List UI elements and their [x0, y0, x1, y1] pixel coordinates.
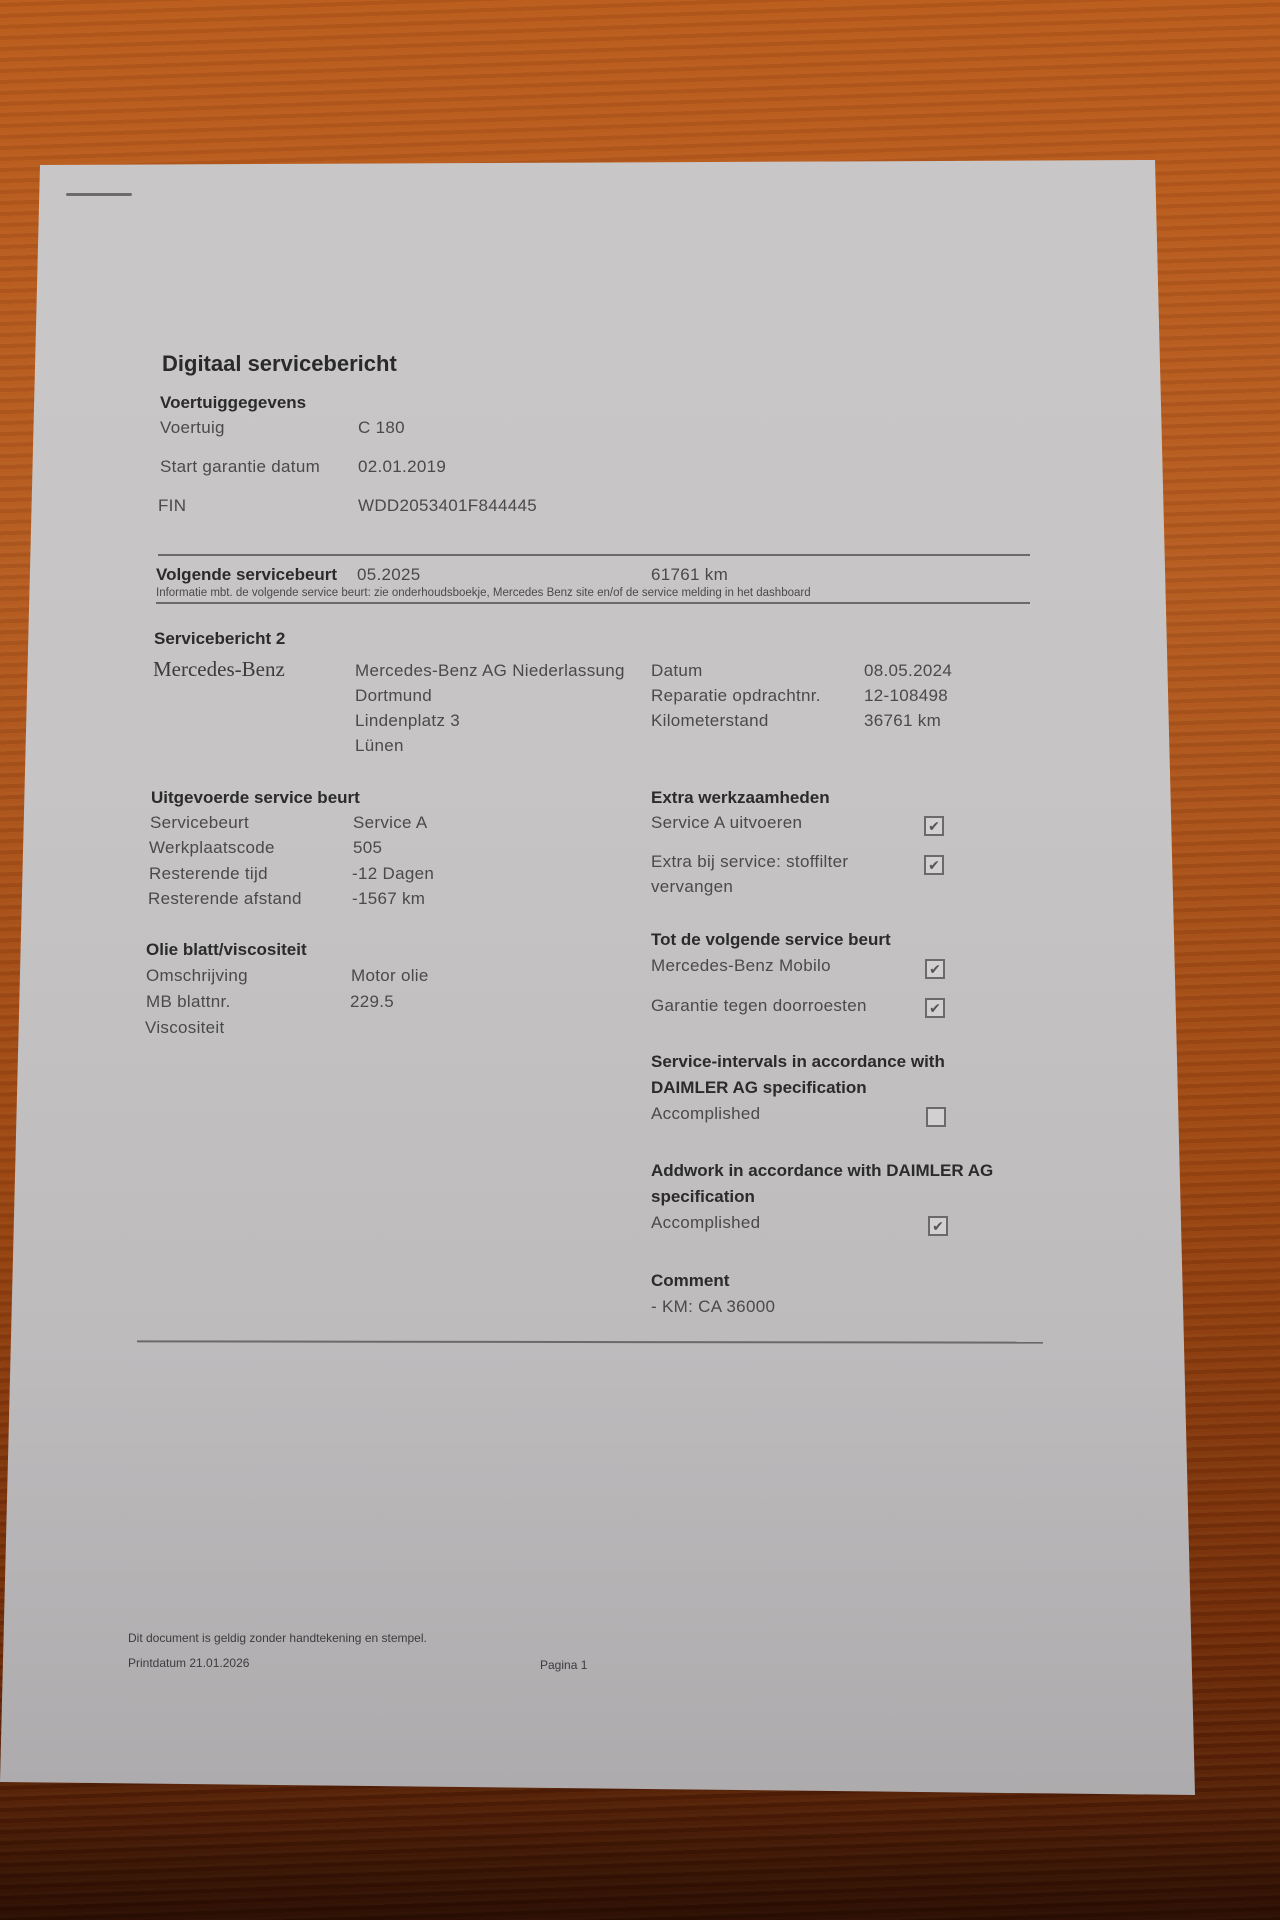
vehicle-label: Voertuig	[160, 418, 225, 438]
vehicle-value: C 180	[358, 418, 405, 438]
rust-warranty-label: Garantie tegen doorroesten	[651, 996, 867, 1016]
table-shadow	[0, 1800, 1280, 1920]
warranty-start-label: Start garantie datum	[160, 457, 320, 477]
mileage-label: Kilometerstand	[651, 711, 769, 731]
staple-mark	[66, 193, 132, 196]
dealer-line: Dortmund	[355, 686, 432, 706]
performed-heading: Uitgevoerde service beurt	[151, 788, 360, 808]
report-heading: Servicebericht 2	[154, 629, 285, 649]
extra-work-item-label-cont: vervangen	[651, 877, 733, 897]
remaining-distance-label: Resterende afstand	[148, 889, 302, 909]
print-date: Printdatum 21.01.2026	[128, 1656, 249, 1670]
service-type-value: Service A	[353, 813, 428, 833]
dealer-line: Lindenplatz 3	[355, 711, 460, 731]
dealer-line: Mercedes-Benz AG Niederlassung	[355, 661, 625, 681]
addwork-accomplished-label: Accomplished	[651, 1213, 760, 1233]
checkbox-dust-filter[interactable]: ✔	[924, 855, 944, 875]
service-type-label: Servicebeurt	[150, 813, 249, 833]
viscosity-label: Viscositeit	[145, 1018, 225, 1038]
next-service-label: Volgende servicebeurt	[156, 565, 337, 585]
intervals-heading-cont: DAIMLER AG specification	[651, 1078, 867, 1098]
addwork-heading-cont: specification	[651, 1187, 755, 1207]
checkbox-service-a[interactable]: ✔	[924, 816, 944, 836]
remaining-time-label: Resterende tijd	[149, 864, 268, 884]
date-value: 08.05.2024	[864, 661, 952, 681]
fin-label: FIN	[158, 496, 186, 516]
checkbox-rust-warranty[interactable]: ✔	[925, 998, 945, 1018]
mobilo-label: Mercedes-Benz Mobilo	[651, 956, 831, 976]
divider-top	[158, 554, 1030, 556]
page-number: Pagina 1	[540, 1658, 587, 1672]
brand-logo-text: Mercedes-Benz	[153, 657, 285, 682]
next-service-km: 61761 km	[651, 565, 728, 585]
dealer-line: Lünen	[355, 736, 404, 756]
page-title: Digitaal servicebericht	[162, 351, 397, 377]
extra-work-item-label: Service A uitvoeren	[651, 813, 802, 833]
document-content: Digitaal servicebericht Voertuiggegevens…	[0, 0, 1280, 1920]
mb-sheet-value: 229.5	[350, 992, 394, 1012]
date-label: Datum	[651, 661, 703, 681]
next-service-date: 05.2025	[357, 565, 421, 585]
workshop-code-value: 505	[353, 838, 382, 858]
mb-sheet-label: MB blattnr.	[146, 992, 231, 1012]
check-icon: ✔	[929, 1001, 941, 1015]
oil-heading: Olie blatt/viscositeit	[146, 940, 307, 960]
checkbox-mobilo[interactable]: ✔	[925, 959, 945, 979]
paper-sheet: Digitaal servicebericht Voertuiggegevens…	[0, 0, 1280, 1920]
check-icon: ✔	[928, 819, 940, 833]
check-icon: ✔	[929, 962, 941, 976]
workshop-code-label: Werkplaatscode	[149, 838, 275, 858]
checkbox-intervals-accomplished[interactable]	[926, 1107, 946, 1127]
validity-note: Dit document is geldig zonder handtekeni…	[128, 1631, 427, 1645]
next-service-info: Informatie mbt. de volgende service beur…	[156, 587, 811, 599]
fin-value: WDD2053401F844445	[358, 496, 537, 516]
addwork-heading: Addwork in accordance with DAIMLER AG	[651, 1161, 993, 1181]
mileage-value: 36761 km	[864, 711, 941, 731]
intervals-heading: Service-intervals in accordance with	[651, 1052, 945, 1072]
oil-description-label: Omschrijving	[146, 966, 248, 986]
divider-bottom	[156, 602, 1030, 604]
remaining-time-value: -12 Dagen	[352, 864, 434, 884]
repair-order-value: 12-108498	[864, 686, 948, 706]
checkbox-addwork-accomplished[interactable]: ✔	[928, 1216, 948, 1236]
warranty-start-value: 02.01.2019	[358, 457, 446, 477]
oil-description-value: Motor olie	[351, 966, 429, 986]
check-icon: ✔	[932, 1219, 944, 1233]
until-next-heading: Tot de volgende service beurt	[651, 930, 891, 950]
comment-heading: Comment	[651, 1271, 729, 1291]
extra-work-item-label: Extra bij service: stoffilter	[651, 852, 848, 872]
intervals-accomplished-label: Accomplished	[651, 1104, 760, 1124]
section-divider	[137, 1340, 1043, 1343]
vehicle-heading: Voertuiggegevens	[160, 393, 306, 413]
remaining-distance-value: -1567 km	[352, 889, 425, 909]
comment-text: - KM: CA 36000	[651, 1297, 775, 1317]
extra-work-heading: Extra werkzaamheden	[651, 788, 830, 808]
repair-order-label: Reparatie opdrachtnr.	[651, 686, 821, 706]
check-icon: ✔	[928, 858, 940, 872]
